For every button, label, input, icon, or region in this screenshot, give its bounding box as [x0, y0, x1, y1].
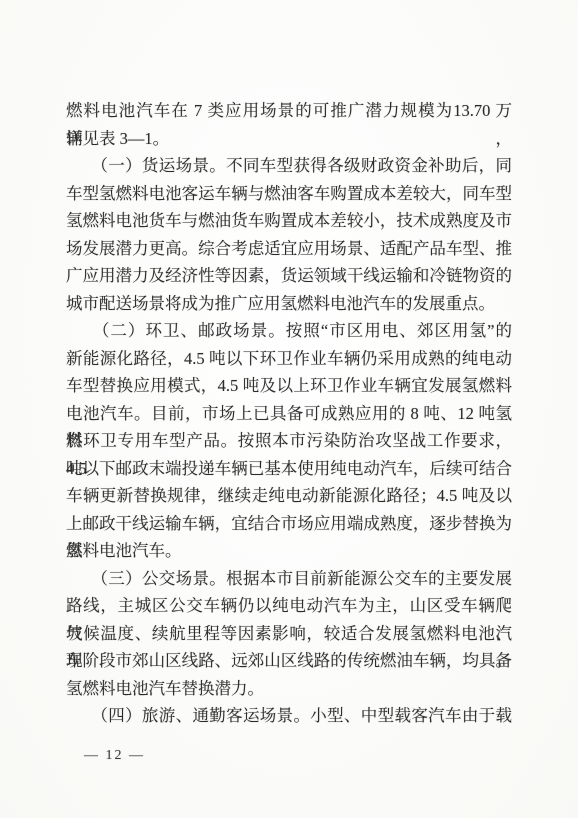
text-line: （三）公交场景。根据本市目前新能源公交车的主要发展 [66, 565, 512, 593]
text-line: 燃料电池汽车在 7 类应用场景的可推广潜力规模为13.70 万辆， [66, 97, 512, 125]
text-line: 城市配送场景将成为推广应用氢燃料电池汽车的发展重点。 [66, 290, 512, 318]
text-line: （四）旅游、通勤客运场景。小型、中型载客汽车由于载 [66, 702, 512, 730]
text-line: 氢燃料电池货车与燃油货车购置成本差较小，技术成熟度及市 [66, 207, 512, 235]
paragraph-section-3-bus: （三）公交场景。根据本市目前新能源公交车的主要发展路线，主城区公交车辆仍以纯电动… [66, 565, 512, 703]
text-line: 路线，主城区公交车辆仍以纯电动汽车为主，山区受车辆爬坡、 [66, 592, 512, 620]
text-line: 车辆更新替换规律，继续走纯电动新能源化路径；4.5 吨及以 [66, 482, 512, 510]
paragraph-section-1-freight: （一）货运场景。不同车型获得各级财政资金补助后，同车型氢燃料电池客运车辆与燃油客… [66, 152, 512, 317]
document-body: 燃料电池汽车在 7 类应用场景的可推广潜力规模为13.70 万辆，详见表 3—1… [66, 97, 512, 730]
text-line: 现阶段市郊山区线路、远郊山区线路的传统燃油车辆，均具备 [66, 647, 512, 675]
page-number: — 12 — [84, 746, 145, 766]
text-line: （一）货运场景。不同车型获得各级财政资金补助后，同 [66, 152, 512, 180]
paragraph-section-2-sanitation-postal: （二）环卫、邮政场景。按照“市区用电、郊区用氢”的新能源化路径，4.5 吨以下环… [66, 317, 512, 565]
text-line: 车型氢燃料电池客运车辆与燃油客车购置成本差较大，同车型 [66, 180, 512, 208]
paragraph-section-4-tourism-commuter: （四）旅游、通勤客运场景。小型、中型载客汽车由于载 [66, 702, 512, 730]
text-line: 车型替换应用模式，4.5 吨及以上环卫作业车辆宜发展氢燃料 [66, 372, 512, 400]
text-line: 料环卫专用车型产品。按照本市污染防治攻坚战工作要求，4.5 [66, 427, 512, 455]
text-line: 电池汽车。目前，市场上已具备可成熟应用的 8 吨、12 吨氢燃 [66, 400, 512, 428]
text-line: 新能源化路径，4.5 吨以下环卫作业车辆仍采用成熟的纯电动 [66, 345, 512, 373]
text-line: 燃料电池汽车。 [66, 537, 512, 565]
text-line: （二）环卫、邮政场景。按照“市区用电、郊区用氢”的 [66, 317, 512, 345]
text-line: 上邮政干线运输车辆，宜结合市场应用端成熟度，逐步替换为氢 [66, 510, 512, 538]
text-line: 吨以下邮政末端投递车辆已基本使用纯电动汽车，后续可结合 [66, 455, 512, 483]
text-line: 气候温度、续航里程等因素影响，较适合发展氢燃料电池汽车。 [66, 620, 512, 648]
paragraph-intro: 燃料电池汽车在 7 类应用场景的可推广潜力规模为13.70 万辆，详见表 3—1… [66, 97, 512, 152]
scanned-document-page: 燃料电池汽车在 7 类应用场景的可推广潜力规模为13.70 万辆，详见表 3—1… [0, 0, 578, 818]
text-line: 氢燃料电池汽车替换潜力。 [66, 675, 512, 703]
text-line: 广应用潜力及经济性等因素，货运领域干线运输和冷链物资的 [66, 262, 512, 290]
text-line: 场发展潜力更高。综合考虑适宜应用场景、适配产品车型、推 [66, 235, 512, 263]
